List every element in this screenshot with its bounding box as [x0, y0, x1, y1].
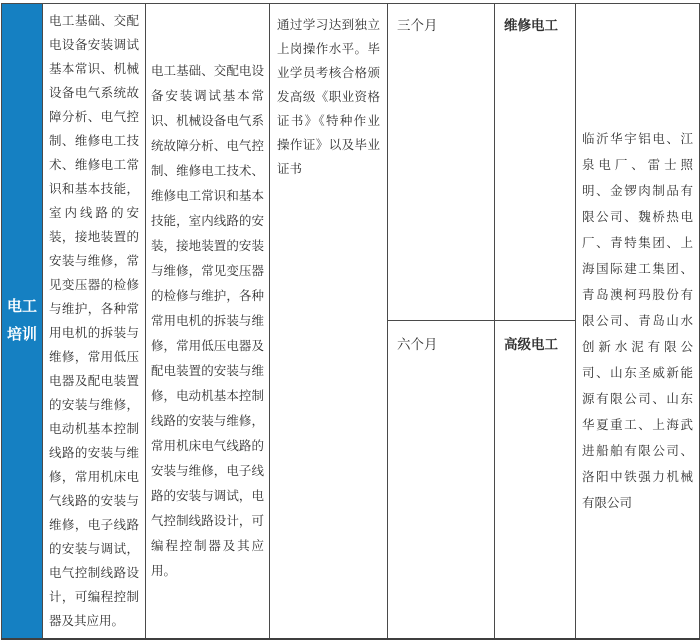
certificate-label: 维修电工: [495, 4, 575, 35]
certificate-cell-maintenance-electrician: 维修电工: [495, 4, 576, 321]
training-outcome-cell: 通过学习达到独立上岗操作水平。毕业学员考核合格颁发高级《职业资格证书》《特种作业…: [270, 4, 388, 640]
category-label: 电工培训: [5, 293, 39, 349]
certificate-cell-senior-electrician: 高级电工: [495, 320, 576, 639]
duration-cell-six-months: 六个月: [388, 320, 495, 639]
course-content-text: 电工基础、交配电设备安装调试基本常识、机械设备电气系统故障分析、电气控制、维修电…: [43, 4, 145, 638]
certificate-label: 高级电工: [495, 321, 575, 354]
category-cell: 电工培训: [2, 4, 43, 640]
course-content-cell: 电工基础、交配电设备安装调试基本常识、机械设备电气系统故障分析、电气控制、维修电…: [43, 4, 146, 640]
duration-cell-three-months: 三个月: [388, 4, 495, 321]
table-row: 电工培训 电工基础、交配电设备安装调试基本常识、机械设备电气系统故障分析、电气控…: [2, 4, 700, 321]
course-table: 电工培训 电工基础、交配电设备安装调试基本常识、机械设备电气系统故障分析、电气控…: [1, 3, 700, 640]
employers-text: 临沂华宇铝电、江泉电厂、雷士照明、金锣肉制品有限公司、魏桥热电厂、青特集团、上海…: [576, 126, 699, 516]
training-outcome-text: 通过学习达到独立上岗操作水平。毕业学员考核合格颁发高级《职业资格证书》《特种作业…: [270, 4, 387, 190]
page: 电工培训 电工基础、交配电设备安装调试基本常识、机械设备电气系统故障分析、电气控…: [0, 0, 700, 641]
duration-label: 六个月: [388, 321, 494, 354]
course-content-summary-cell: 电工基础、交配电设备安装调试基本常识、机械设备电气系统故障分析、电气控制、维修电…: [146, 4, 270, 640]
course-content-summary-text: 电工基础、交配电设备安装调试基本常识、机械设备电气系统故障分析、电气控制、维修电…: [146, 59, 269, 584]
duration-label: 三个月: [388, 4, 494, 35]
employers-cell: 临沂华宇铝电、江泉电厂、雷士照明、金锣肉制品有限公司、魏桥热电厂、青特集团、上海…: [576, 4, 700, 640]
